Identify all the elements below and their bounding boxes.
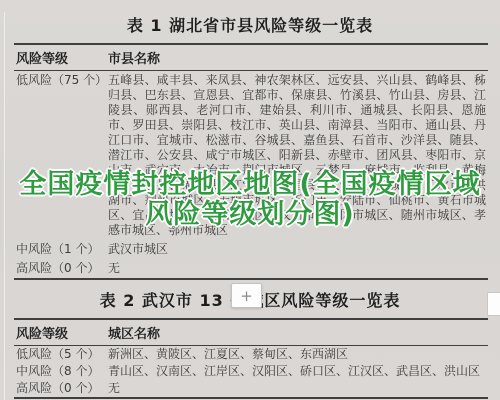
table1-title: 表 1 湖北省市县风险等级一览表 — [0, 0, 500, 36]
document-scan: 表 1 湖北省市县风险等级一览表 风险等级 市县名称 低风险（75 个） 五峰县… — [0, 0, 500, 400]
names-cell: 无 — [108, 381, 488, 396]
table-row: 高风险（0 个） 无 — [14, 259, 488, 278]
risk-level-cell: 低风险（5 个） — [16, 347, 108, 362]
risk-level-cell: 低风险（75 个） — [16, 73, 108, 238]
table1: 风险等级 市县名称 低风险（75 个） 五峰县、咸丰县、来凤县、神农架林区、远安… — [14, 43, 488, 280]
table-row: 高风险（0 个） 无 — [14, 380, 488, 397]
names-cell: 武汉市城区 — [108, 242, 488, 257]
table1-header-names: 市县名称 — [108, 48, 488, 67]
table1-header-row: 风险等级 市县名称 — [14, 45, 488, 71]
table-row: 低风险（5 个） 新洲区、黄陂区、江夏区、蔡甸区、东西湖区 — [14, 346, 488, 363]
risk-level-cell: 中风险（8 个） — [16, 364, 108, 379]
plus-icon: + — [240, 287, 253, 305]
table-row: 中风险（8 个） 青山区、汉南区、江岸区、汉阳区、硚口区、江汉区、武昌区、洪山区 — [14, 363, 488, 380]
table-row: 低风险（75 个） 五峰县、咸丰县、来凤县、神农架林区、远安县、兴山县、鹤峰县、… — [14, 71, 488, 240]
names-cell: 青山区、汉南区、江岸区、汉阳区、硚口区、江汉区、武昌区、洪山区 — [108, 364, 488, 379]
table2-header-level: 风险等级 — [16, 323, 108, 342]
table2-header-row: 风险等级 城区名称 — [14, 320, 488, 346]
risk-level-cell: 高风险（0 个） — [16, 261, 108, 276]
names-cell: 无 — [108, 261, 488, 276]
risk-level-cell: 高风险（0 个） — [16, 381, 108, 396]
table2-header-names: 城区名称 — [108, 323, 488, 342]
table-row: 中风险（1 个） 武汉市城区 — [14, 240, 488, 259]
edge-control-partial[interactable] — [487, 292, 500, 316]
table2: 风险等级 城区名称 低风险（5 个） 新洲区、黄陂区、江夏区、蔡甸区、东西湖区 … — [14, 318, 488, 399]
table1-header-level: 风险等级 — [16, 48, 108, 67]
risk-level-cell: 中风险（1 个） — [16, 242, 108, 257]
names-cell: 五峰县、咸丰县、来凤县、神农架林区、远安县、兴山县、鹤峰县、秭归县、巴东县、宣恩… — [108, 73, 488, 238]
zoom-in-button[interactable]: + — [231, 283, 262, 308]
names-cell: 新洲区、黄陂区、江夏区、蔡甸区、东西湖区 — [108, 347, 488, 362]
